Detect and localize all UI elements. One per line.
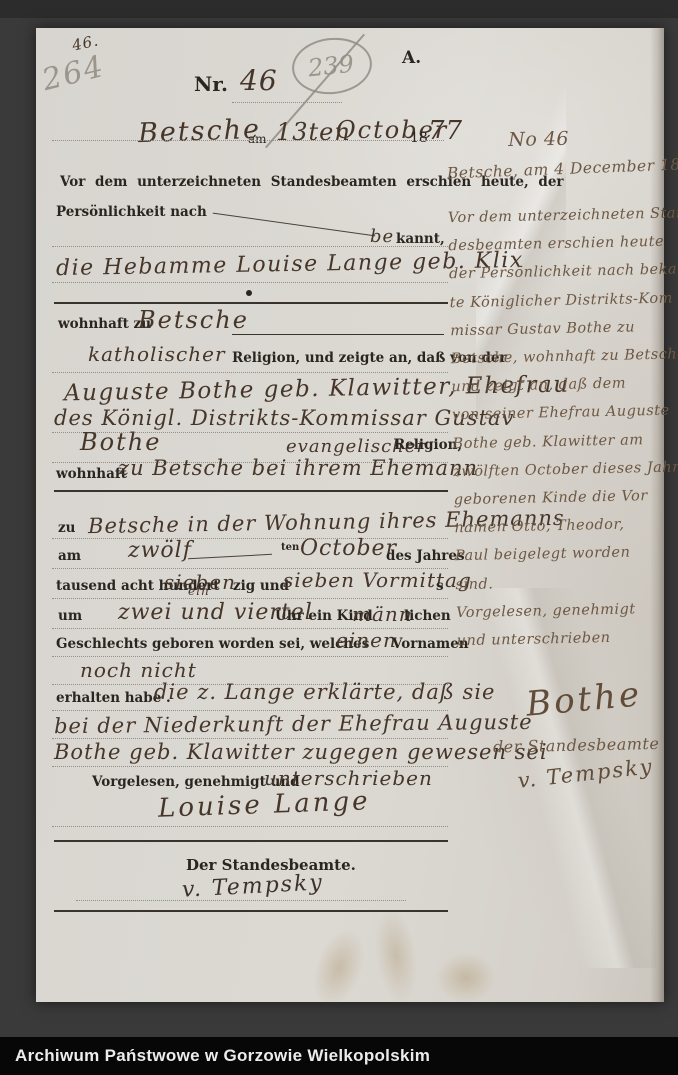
wohnhaft-label: wohnhaft (56, 466, 127, 482)
header-year-written: 77 (428, 116, 463, 146)
leader-line (52, 738, 448, 739)
residence2-value: zu Betsche bei ihrem Ehemann (118, 456, 478, 480)
ten-label: ten (281, 542, 299, 553)
des-jahres-label: des Jahres (386, 548, 465, 564)
page-edge-shadow (650, 28, 664, 1002)
leader-line (52, 372, 448, 373)
margin-note-closing-2: und unterschrieben (456, 623, 675, 656)
vornamen-written: einen (336, 628, 397, 652)
margin-note-line: Bothe geb. Klawitter am (452, 425, 671, 458)
um-label: um (58, 608, 82, 624)
leader-line (52, 282, 448, 283)
margin-note-number: No 46 (508, 128, 569, 151)
noch-nicht-written: noch nicht (80, 658, 197, 682)
mother-line-2: des Königl. Distrikts-Kommissar Gustav (54, 406, 514, 430)
header-am-label: am (248, 132, 267, 146)
paper-stain (436, 953, 496, 1003)
archive-name: Archiwum Państwowe w Gorzowie Wielkopols… (0, 1046, 430, 1066)
paper-stain (304, 923, 375, 1014)
margin-note-line: Betsche, wohnhaft zu Betsche (451, 341, 670, 374)
margin-note-line: namen Otto, Theodor, (454, 510, 673, 543)
leader-line (76, 900, 406, 901)
scan-background: { "archive_bar": { "label": "Archiwum Pa… (0, 0, 678, 1075)
archive-bar: Archiwum Państwowe w Gorzowie Wielkopols… (0, 1037, 678, 1075)
header-year-printed: 18 (410, 130, 428, 146)
section-rule (54, 302, 448, 304)
section-rule (54, 910, 448, 912)
section-rule (54, 840, 448, 842)
margin-note-line: desbeamten erschien heute (448, 228, 667, 261)
fill-stroke (188, 554, 272, 559)
record-number-label: Nr. (194, 72, 228, 96)
residence-value: Betsche (138, 306, 249, 334)
s-label: s (436, 578, 444, 594)
leader-line (52, 656, 448, 657)
margin-note-line: Paul beigelegt worden (455, 538, 674, 571)
be-written: be (370, 226, 394, 247)
section-rule (54, 490, 448, 492)
leader-line (232, 102, 342, 103)
zig-und-label: zig und (233, 578, 289, 594)
paper-stain (370, 906, 423, 1006)
remark-line-3: Bothe geb. Klawitter zugegen gewesen sei (54, 740, 548, 764)
margin-note-line: Vor dem unterzeichneten Stan (448, 200, 667, 233)
leader-line (52, 598, 448, 599)
header-place: Betsche (137, 114, 261, 149)
ink-dot (246, 290, 252, 296)
am-label: am (58, 548, 81, 564)
persoenlichkeit-label: Persönlichkeit nach (56, 204, 207, 220)
remark-line-1: die z. Lange erklärte, daß sie (154, 680, 495, 704)
father-name: Bothe (80, 428, 161, 456)
margin-note-line: der Persönlichkeit nach bekann (449, 256, 668, 289)
declarant-signature: Louise Lange (158, 786, 371, 823)
document-page: 46. 264 239 A. Nr. 46 Betsche am 13ten O… (36, 28, 664, 1002)
kannt-label: kannt, (396, 231, 445, 247)
official-signature: v. Tempsky (181, 870, 324, 902)
lichen-label: lichen (404, 608, 451, 624)
margin-note-line: zwölften October dieses Jahres (453, 453, 672, 486)
record-number-value: 46 (240, 64, 278, 97)
leader-line (52, 246, 448, 247)
religion-value: katholischer (88, 342, 226, 366)
corner-pencil-number: 264 (39, 49, 109, 98)
margin-note-line: missar Gustav Bothe zu (450, 312, 669, 345)
margin-note-closing-1: Vorgelesen, genehmigt (456, 594, 675, 627)
fill-line (232, 334, 444, 335)
margin-note-line: und zeigt an, daß dem (451, 369, 670, 402)
geschlecht-label: Geschlechts geboren worden sei, welches (56, 636, 369, 652)
birth-month: October (300, 536, 397, 561)
margin-note-line: sind. (455, 566, 674, 599)
leader-line (52, 826, 448, 827)
margin-note-role: der Standesbeamte (493, 734, 660, 756)
zu-label: zu (58, 520, 75, 536)
remark-line-2: bei der Niederkunft der Ehefrau Auguste (54, 710, 533, 738)
margin-note-line: te Königlicher Distrikts-Kom (449, 284, 668, 317)
official-title: Der Standesbeamte. (186, 856, 356, 874)
scan-top-strip (0, 0, 678, 18)
margin-note-line: von seiner Ehefrau Auguste (452, 397, 671, 430)
fill-stroke (213, 213, 376, 237)
leader-line (52, 140, 444, 141)
margin-note-line: geborenen Kinde die Vor (453, 482, 672, 515)
time-insert-written: ein (188, 584, 210, 598)
section-letter: A. (402, 48, 421, 68)
margin-note-body: Vor dem unterzeichneten Stan desbeamten … (448, 200, 675, 656)
birth-day: zwölf (128, 538, 192, 563)
